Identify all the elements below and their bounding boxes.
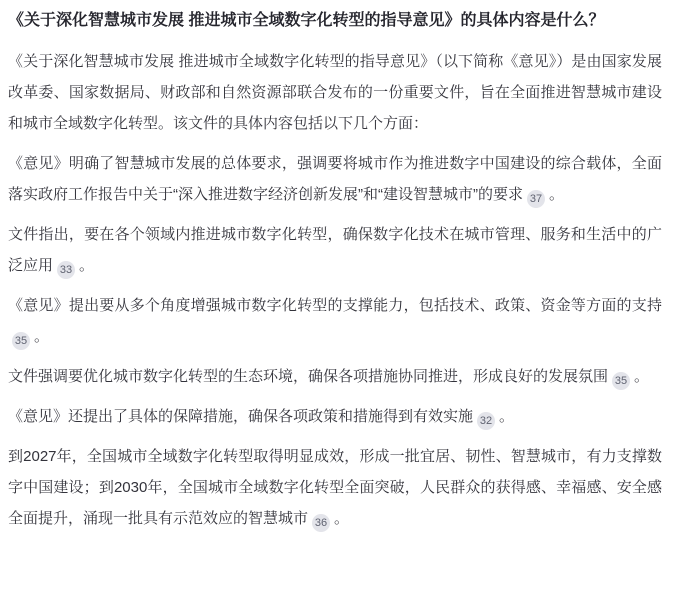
answer-paragraph: 文件指出，要在各个领域内推进城市数字化转型，确保数字化技术在城市管理、服务和生活…: [8, 219, 662, 281]
answer-paragraph: 《关于深化智慧城市发展 推进城市全域数字化转型的指导意见》（以下简称《意见》）是…: [8, 46, 662, 139]
paragraph-text: 。: [549, 186, 564, 203]
citation-badge[interactable]: 35: [612, 372, 630, 390]
paragraph-text: 。: [499, 408, 514, 425]
answer-paragraph: 《意见》还提出了具体的保障措施，确保各项政策和措施得到有效实施32。: [8, 401, 662, 432]
citation-badge[interactable]: 36: [312, 514, 330, 532]
citation-badge[interactable]: 37: [527, 190, 545, 208]
citation-badge[interactable]: 32: [477, 412, 495, 430]
citation-badge[interactable]: 33: [57, 261, 75, 279]
answer-body: 《关于深化智慧城市发展 推进城市全域数字化转型的指导意见》（以下简称《意见》）是…: [8, 46, 662, 534]
answer-paragraph: 文件强调要优化城市数字化转型的生态环境，确保各项措施协同推进，形成良好的发展氛围…: [8, 361, 662, 392]
chat-answer-page: 《关于深化智慧城市发展 推进城市全域数字化转型的指导意见》的具体内容是什么？ 《…: [0, 0, 674, 597]
answer-paragraph: 《意见》提出要从多个角度增强城市数字化转型的支撑能力，包括技术、政策、资金等方面…: [8, 290, 662, 352]
paragraph-text: 文件强调要优化城市数字化转型的生态环境，确保各项措施协同推进，形成良好的发展氛围: [8, 368, 608, 385]
paragraph-text: 《关于深化智慧城市发展 推进城市全域数字化转型的指导意见》（以下简称《意见》）是…: [8, 53, 662, 132]
paragraph-text: 文件指出，要在各个领域内推进城市数字化转型，确保数字化技术在城市管理、服务和生活…: [8, 226, 662, 274]
paragraph-text: 。: [79, 257, 94, 274]
answer-paragraph: 到2027年，全国城市全域数字化转型取得明显成效，形成一批宜居、韧性、智慧城市，…: [8, 441, 662, 534]
paragraph-text: 《意见》还提出了具体的保障措施，确保各项政策和措施得到有效实施: [8, 408, 473, 425]
paragraph-text: 《意见》提出要从多个角度增强城市数字化转型的支撑能力，包括技术、政策、资金等方面…: [8, 297, 662, 314]
paragraph-text: 。: [34, 328, 49, 345]
answer-paragraph: 《意见》明确了智慧城市发展的总体要求，强调要将城市作为推进数字中国建设的综合载体…: [8, 148, 662, 210]
paragraph-text: 。: [634, 368, 649, 385]
question-title: 《关于深化智慧城市发展 推进城市全域数字化转型的指导意见》的具体内容是什么？: [8, 9, 662, 33]
paragraph-text: 。: [334, 510, 349, 527]
citation-badge[interactable]: 35: [12, 332, 30, 350]
